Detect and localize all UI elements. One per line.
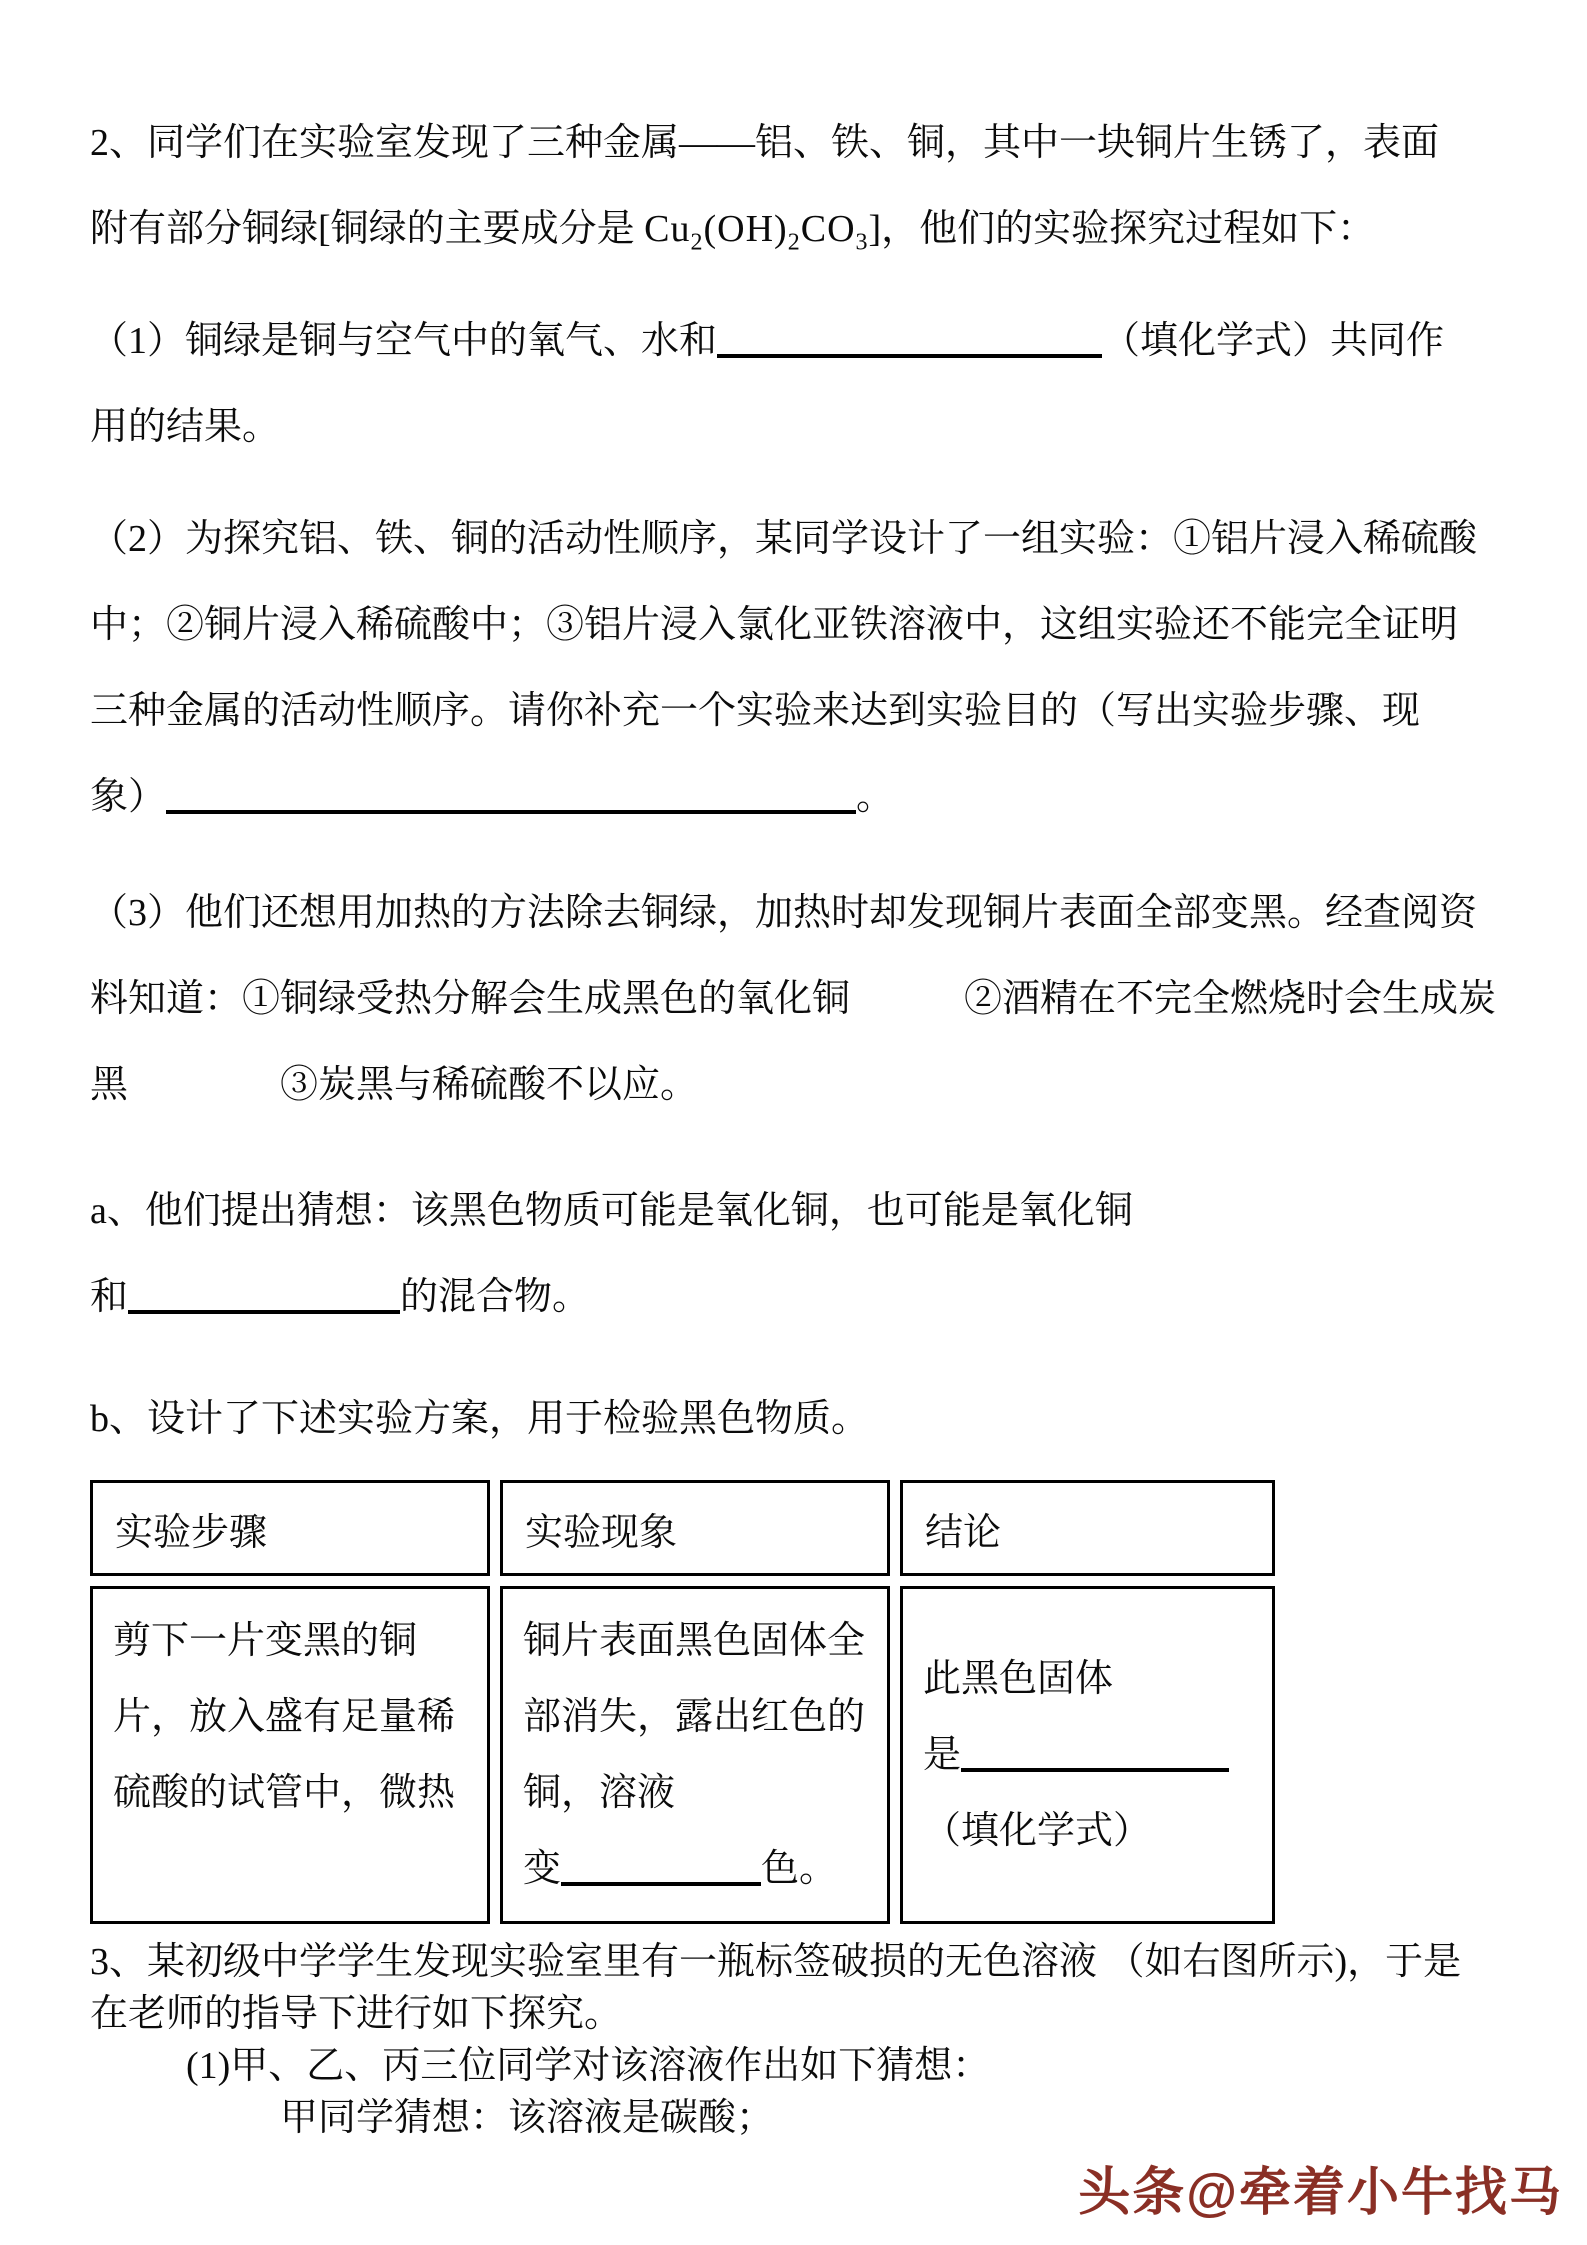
question-2-part1: （1）铜绿是铜与空气中的氧气、水和（填化学式）共同作 用的结果。 [90, 298, 1507, 470]
hypothesis-a: a、他们提出猜想：该黑色物质可能是氧化铜，也可能是氧化铜 和的混合物。 [90, 1168, 1507, 1340]
formula-part: CO [801, 208, 856, 250]
formula-part: (OH) [704, 208, 788, 250]
formula-subscript: 3 [856, 230, 869, 256]
formula-subscript: 2 [691, 230, 704, 256]
plan-b-text: b、设计了下述实验方案，用于检验黑色物质。 [90, 1398, 869, 1440]
blank-experiment-steps [166, 778, 856, 814]
question-2-part2-text-post: 。 [856, 776, 894, 818]
phenomenon-text-post: 色。 [761, 1848, 837, 1890]
blank-solid-formula [961, 1736, 1229, 1772]
question-2-part2: （2）为探究铝、铁、铜的活动性顺序，某同学设计了一组实验：①铝片浸入稀硫酸 中；… [90, 496, 1507, 840]
question-3-sub1: (1)甲、乙、丙三位同学对该溶液作出如下猜想： [90, 2040, 1507, 2092]
formula-part: Cu [644, 208, 690, 250]
worksheet-page: 2、同学们在实验室发现了三种金属——铝、铁、铜，其中一块铜片生锈了，表面 附有部… [0, 0, 1587, 2144]
table-header-steps-label: 实验步骤 [115, 1501, 267, 1556]
formula-subscript: 2 [788, 230, 801, 256]
table-header-row: 实验步骤 实验现象 结论 [90, 1480, 1275, 1576]
table-header-steps: 实验步骤 [90, 1480, 490, 1576]
table-header-conclusion: 结论 [900, 1480, 1275, 1576]
question-3-line2: 在老师的指导下进行如下探究。 [90, 1988, 1507, 2040]
table-cell-phenomenon: 铜片表面黑色固体全 部消失，露出红色的 铜，溶液 变色。 [500, 1586, 890, 1924]
blank-chemical-formula [717, 322, 1102, 358]
conclusion-wrap: 此黑色固体 是 （填化学式） [923, 1641, 1229, 1869]
question-2-part1-text: （1）铜绿是铜与空气中的氧气、水和 [90, 320, 717, 362]
table-header-conclusion-label: 结论 [925, 1501, 1001, 1556]
table-body-row: 剪下一片变黑的铜 片，放入盛有足量稀 硫酸的试管中，微热 铜片表面黑色固体全 部… [90, 1586, 1275, 1924]
chemical-formula-copper-carbonate: Cu2(OH)2CO3 [644, 208, 868, 250]
question-3-guess-jia: 甲同学猜想：该溶液是碳酸； [90, 2092, 1507, 2144]
conclusion-text-post: （填化学式） [923, 1810, 1151, 1852]
table-cell-conclusion: 此黑色固体 是 （填化学式） [900, 1586, 1275, 1924]
hypothesis-a-text-post: 的混合物。 [400, 1276, 590, 1318]
table-cell-steps: 剪下一片变黑的铜 片，放入盛有足量稀 硫酸的试管中，微热 [90, 1586, 490, 1924]
plan-b: b、设计了下述实验方案，用于检验黑色物质。 [90, 1376, 1507, 1462]
blank-solution-color [561, 1850, 761, 1886]
question-2-part3-text: （3）他们还想用加热的方法除去铜绿，加热时却发现铜片表面全部变黑。经查阅资 料知… [90, 892, 1496, 1106]
table-header-phenomenon-label: 实验现象 [525, 1501, 677, 1556]
experiment-table: 实验步骤 实验现象 结论 剪下一片变黑的铜 片，放入盛有足量稀 硫酸的试管中，微… [90, 1480, 1275, 1924]
question-3-line1: 3、某初级中学学生发现实验室里有一瓶标签破损的无色溶液 （如右图所示)，于是 [90, 1936, 1507, 1988]
watermark: 头条@牵着小牛找马 [1078, 2150, 1563, 2225]
question-2-intro-text-post: ]，他们的实验探究过程如下： [869, 208, 1376, 250]
question-2-part2-text: （2）为探究铝、铁、铜的活动性顺序，某同学设计了一组实验：①铝片浸入稀硫酸 中；… [90, 518, 1477, 818]
table-header-phenomenon: 实验现象 [500, 1480, 890, 1576]
question-2-intro: 2、同学们在实验室发现了三种金属——铝、铁、铜，其中一块铜片生锈了，表面 附有部… [90, 100, 1507, 272]
question-2-part3: （3）他们还想用加热的方法除去铜绿，加热时却发现铜片表面全部变黑。经查阅资 料知… [90, 870, 1507, 1128]
blank-mixture-substance [128, 1278, 400, 1314]
question-3: 3、某初级中学学生发现实验室里有一瓶标签破损的无色溶液 （如右图所示)，于是 在… [90, 1936, 1507, 2144]
